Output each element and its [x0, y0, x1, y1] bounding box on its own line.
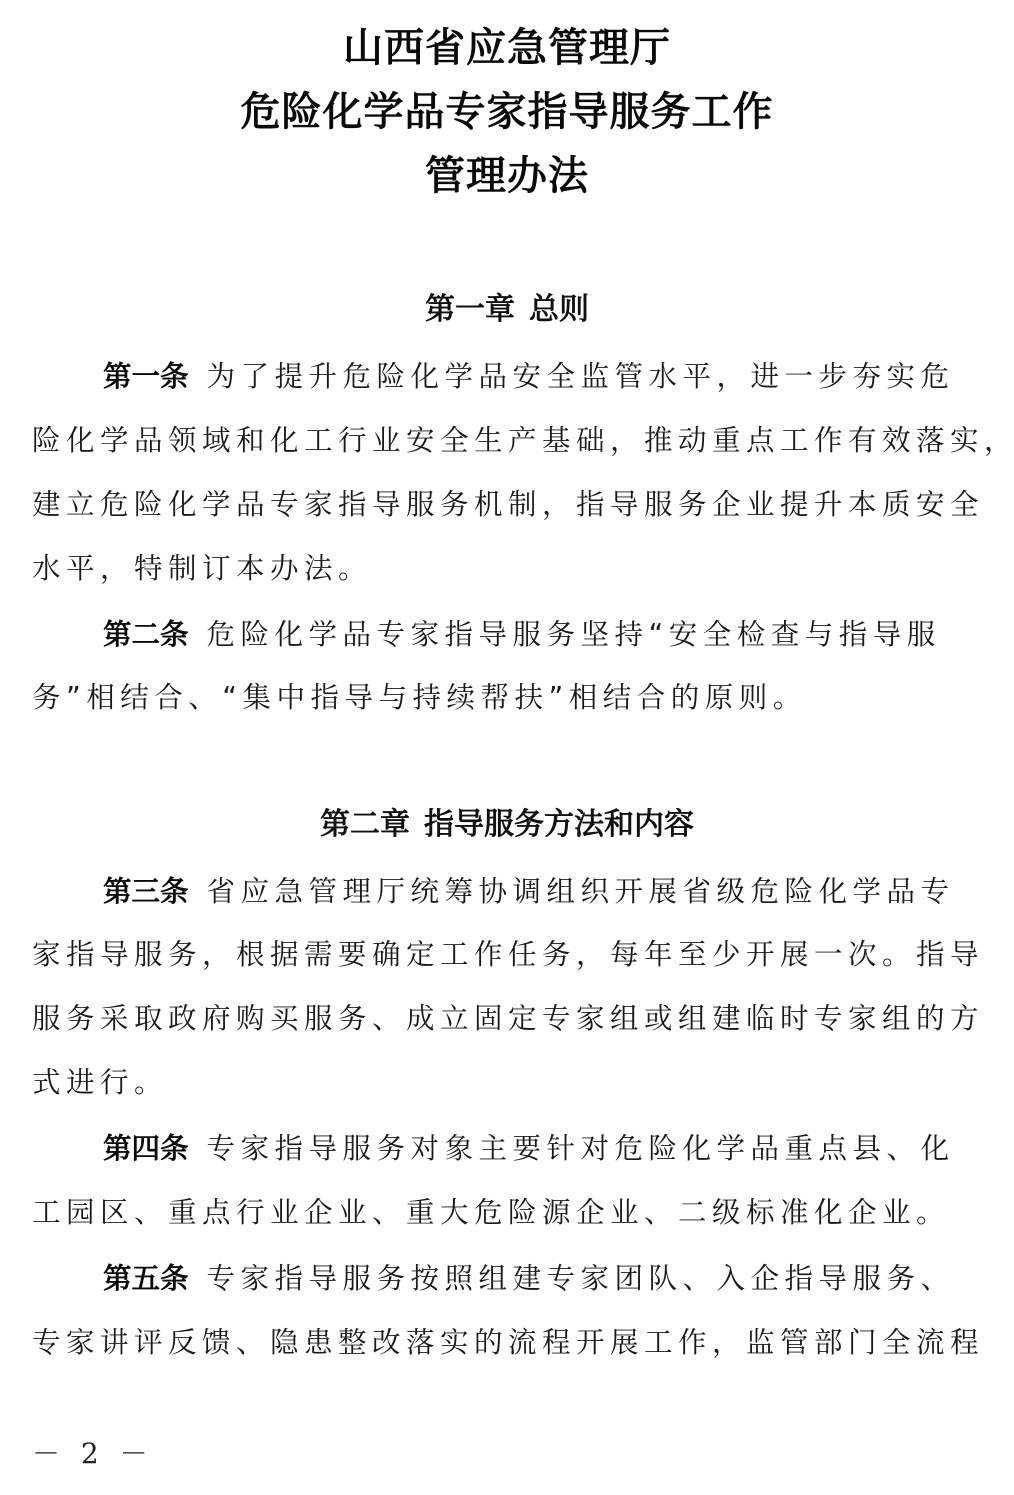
article-1-line-4: 水平，特制订本办法。	[32, 549, 992, 589]
article-2-line-1: 第二条危险化学品专家指导服务坚持“安全检查与指导服	[103, 614, 1014, 655]
article-label: 第四条	[103, 1131, 189, 1165]
article-text: 危险化学品专家指导服务坚持“安全检查与指导服	[207, 618, 941, 651]
document-title-line-3: 管理办法	[0, 150, 1014, 202]
chapter-title: 总则	[529, 292, 589, 327]
article-label: 第一条	[103, 359, 189, 393]
article-3-line-2: 家指导服务，根据需要确定工作任务，每年至少开展一次。指导	[32, 935, 992, 975]
document-page: 山西省应急管理厅 危险化学品专家指导服务工作 管理办法 第一章总则 第一条为了提…	[0, 0, 1014, 1495]
article-4-line-1: 第四条专家指导服务对象主要针对危险化学品重点县、化	[103, 1128, 1014, 1169]
chapter-heading-2: 第二章指导服务方法和内容	[0, 805, 1014, 845]
article-5-line-1: 第五条专家指导服务按照组建专家团队、入企指导服务、	[103, 1258, 1014, 1299]
article-4-line-2: 工园区、重点行业企业、重大危险源企业、二级标准化企业。	[32, 1193, 992, 1233]
article-label: 第二条	[103, 617, 189, 651]
article-text: 专家指导服务按照组建专家团队、入企指导服务、	[207, 1262, 955, 1295]
page-number: － 2 －	[32, 1436, 154, 1472]
document-title-line-1: 山西省应急管理厅	[0, 22, 1014, 74]
article-3-line-4: 式进行。	[32, 1063, 992, 1103]
article-1-line-3: 建立危险化学品专家指导服务机制，指导服务企业提升本质安全	[32, 485, 992, 525]
chapter-heading-1: 第一章总则	[0, 290, 1014, 330]
article-5-line-2: 专家讲评反馈、隐患整改落实的流程开展工作，监管部门全流程	[32, 1323, 992, 1363]
article-text: 专家指导服务对象主要针对危险化学品重点县、化	[207, 1132, 955, 1165]
document-title-line-2: 危险化学品专家指导服务工作	[0, 86, 1014, 138]
article-label: 第五条	[103, 1261, 189, 1295]
article-label: 第三条	[103, 874, 189, 908]
chapter-title: 指导服务方法和内容	[424, 807, 694, 842]
article-1-line-1: 第一条为了提升危险化学品安全监管水平，进一步夯实危	[103, 356, 1014, 397]
article-text: 为了提升危险化学品安全监管水平，进一步夯实危	[207, 360, 955, 393]
article-2-line-2: 务”相结合、“集中指导与持续帮扶”相结合的原则。	[32, 678, 992, 718]
article-3-line-1: 第三条省应急管理厅统筹协调组织开展省级危险化学品专	[103, 871, 1014, 912]
article-3-line-3: 服务采取政府购买服务、成立固定专家组或组建临时专家组的方	[32, 999, 992, 1039]
article-1-line-2: 险化学品领域和化工行业安全生产基础，推动重点工作有效落实，	[32, 421, 992, 461]
article-text: 省应急管理厅统筹协调组织开展省级危险化学品专	[207, 875, 955, 908]
chapter-number: 第二章	[320, 807, 410, 842]
chapter-number: 第一章	[425, 292, 515, 327]
